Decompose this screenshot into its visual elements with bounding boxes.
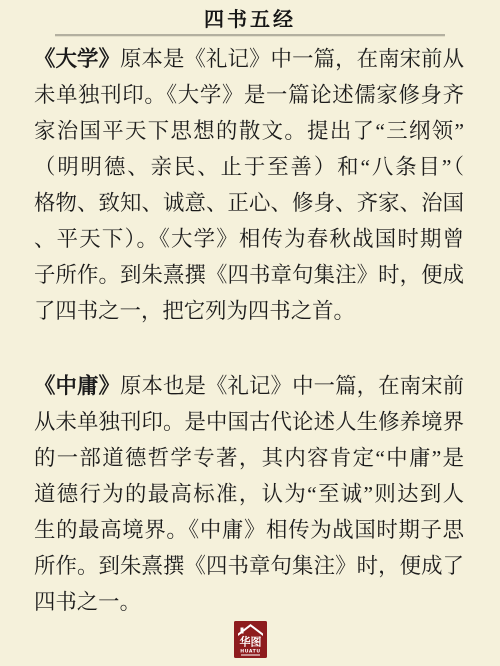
text-line: 生的最高境界。《中庸》相传为战国时期子思 bbox=[34, 512, 464, 548]
document-page: 四书五经 《大学》原本是《礼记》中一篇，在南宋前从未单独刊印。《大学》是一篇论述… bbox=[0, 0, 500, 666]
text-line: 子所作。到朱熹撰《四书章句集注》时，便成 bbox=[34, 257, 464, 293]
paragraph: 《大学》原本是《礼记》中一篇，在南宋前从未单独刊印。《大学》是一篇论述儒家修身齐… bbox=[34, 41, 464, 329]
text-line: 所作。到朱熹撰《四书章句集注》时，便成了 bbox=[34, 548, 464, 584]
text-line: 道德行为的最高标准，认为“至诚”则达到人 bbox=[34, 476, 464, 512]
article-body: 《大学》原本是《礼记》中一篇，在南宋前从未单独刊印。《大学》是一篇论述儒家修身齐… bbox=[0, 37, 500, 620]
text-line: 从未单独刊印。是中国古代论述人生修养境界 bbox=[34, 404, 464, 440]
text-line: 了四书之一，把它列为四书之首。 bbox=[34, 293, 464, 329]
text-line: 四书之一。 bbox=[34, 584, 464, 620]
logo-underline bbox=[241, 655, 260, 656]
page-title: 四书五经 bbox=[0, 9, 500, 32]
huatu-logo: 华图 HUATU bbox=[234, 621, 267, 658]
text-line: 的一部道德哲学专著，其内容肯定“中庸”是 bbox=[34, 440, 464, 476]
text-line: 家治国平天下思想的散文。提出了“三纲领” bbox=[34, 113, 464, 149]
huatu-logo-icon: 华图 HUATU bbox=[234, 621, 267, 658]
header: 四书五经 bbox=[0, 0, 500, 37]
chimney-icon bbox=[240, 628, 243, 634]
footer: 华图 HUATU bbox=[0, 621, 500, 658]
text-line: 格物、致知、诚意、正心、修身、齐家、治国 bbox=[34, 185, 464, 221]
logo-cn-text: 华图 bbox=[239, 635, 261, 649]
logo-en-text: HUATU bbox=[240, 649, 261, 655]
paragraph: 《中庸》原本也是《礼记》中一篇，在南宋前从未单独刊印。是中国古代论述人生修养境界… bbox=[34, 368, 464, 620]
text-line: 《大学》原本是《礼记》中一篇，在南宋前从 bbox=[34, 41, 464, 77]
book-title-lead: 《中庸》 bbox=[34, 374, 120, 398]
text-line: （明明德、亲民、止于至善）和“八条目”（ bbox=[34, 149, 464, 185]
text-line: 《中庸》原本也是《礼记》中一篇，在南宋前 bbox=[34, 368, 464, 404]
text-line: 未单独刊印。《大学》是一篇论述儒家修身齐 bbox=[34, 77, 464, 113]
text-line: 、平天下）。《大学》相传为春秋战国时期曾 bbox=[34, 221, 464, 257]
book-title-lead: 《大学》 bbox=[34, 47, 120, 71]
